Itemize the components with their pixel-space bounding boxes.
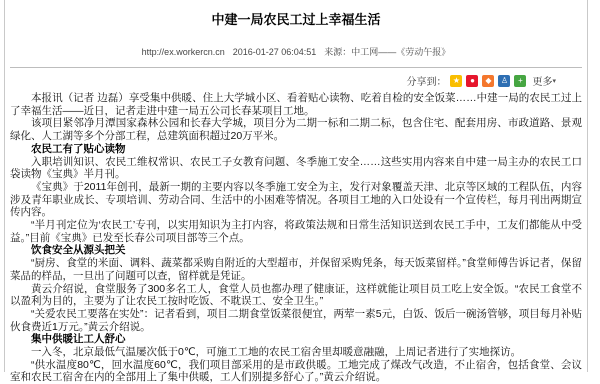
winter-visit-paragraph: 一入冬，北京最低气温屡次低于0℃，可施工工地的农民工宿舍里却暖意融融，上周记者进… <box>10 346 582 359</box>
share-label: 分享到： <box>406 73 446 88</box>
reading-content-paragraph: 入职培训知识、农民工维权常识、农民工子女教育问题、冬季施工安全……这些实用内容来… <box>10 156 582 181</box>
kitchen-sourcing-paragraph: “厨房、食堂的米面、调料、蔬菜都采购自附近的大型超市，并保留采购凭条，每天饭菜留… <box>10 257 582 282</box>
article-title: 中建一局农民工过上幸福生活 <box>10 9 582 28</box>
canteen-service-paragraph: 黄云介绍说，食堂服务了300多名工人，食堂人员也都办理了健康证，这样就能让项目员… <box>10 283 582 308</box>
meta-url: http://ex.workercn.cn <box>142 47 225 57</box>
meal-subsidy-paragraph: “关爱农民工要落在实处”：记者看到，项目二期食堂饭菜很便宜，两荤一素5元，白饭、… <box>10 308 582 333</box>
baodian-journal-paragraph: 《宝典》于2011年创刊，最新一期的主要内容以冬季施工安全为主，发行对象覆盖天津… <box>10 181 582 219</box>
section-heading-food-safety: 饮食安全从源头把关 <box>10 244 582 257</box>
journal-quote-paragraph: “半月刊定位为‘农民工’专刊，以实用知识为主打内容，将政策法规和日常生活知识送到… <box>10 219 582 244</box>
tencent-weibo-icon[interactable]: ◆ <box>482 75 494 87</box>
meta-source: 来源：中工网——《劳动午报》 <box>324 47 450 57</box>
renren-icon[interactable]: ♙ <box>498 75 510 87</box>
chevron-down-icon: ▾ <box>552 77 556 85</box>
sina-weibo-icon[interactable]: ● <box>466 75 478 87</box>
heating-detail-paragraph: “供水温度80℃，回水温度60℃，我们项目部采用的是市政供暖。工地完成了煤改气改… <box>10 359 582 372</box>
qzone-icon[interactable]: ★ <box>450 75 462 87</box>
article-body: 本报讯（记者 边磊）享受集中供暖、住上大学城小区、看着贴心读物、吃着自检的安全饭… <box>10 92 582 372</box>
share-more-button[interactable]: 更多 <box>532 73 552 88</box>
project-overview-paragraph: 该项目紧邻净月潭国家森林公园和长春大学城，项目分为二期一标和二期二标，包含住宅、… <box>10 117 582 142</box>
share-plus-icon[interactable]: + <box>514 75 526 87</box>
meta-datetime: 2016-01-27 06:04:51 <box>233 47 317 57</box>
article-meta: http://ex.workercn.cn2016-01-27 06:04:51… <box>10 45 582 58</box>
section-heading-reading-material: 农民工有了贴心读物 <box>10 143 582 156</box>
intro-paragraph: 本报讯（记者 边磊）享受集中供暖、住上大学城小区、看着贴心读物、吃着自检的安全饭… <box>10 92 582 117</box>
share-bar: 分享到： ★ ● ◆ ♙ + 更多 ▾ <box>10 68 582 89</box>
article-page: 中建一局农民工过上幸福生活 http://ex.workercn.cn2016-… <box>4 0 588 372</box>
section-heading-central-heating: 集中供暖让工人舒心 <box>10 333 582 346</box>
